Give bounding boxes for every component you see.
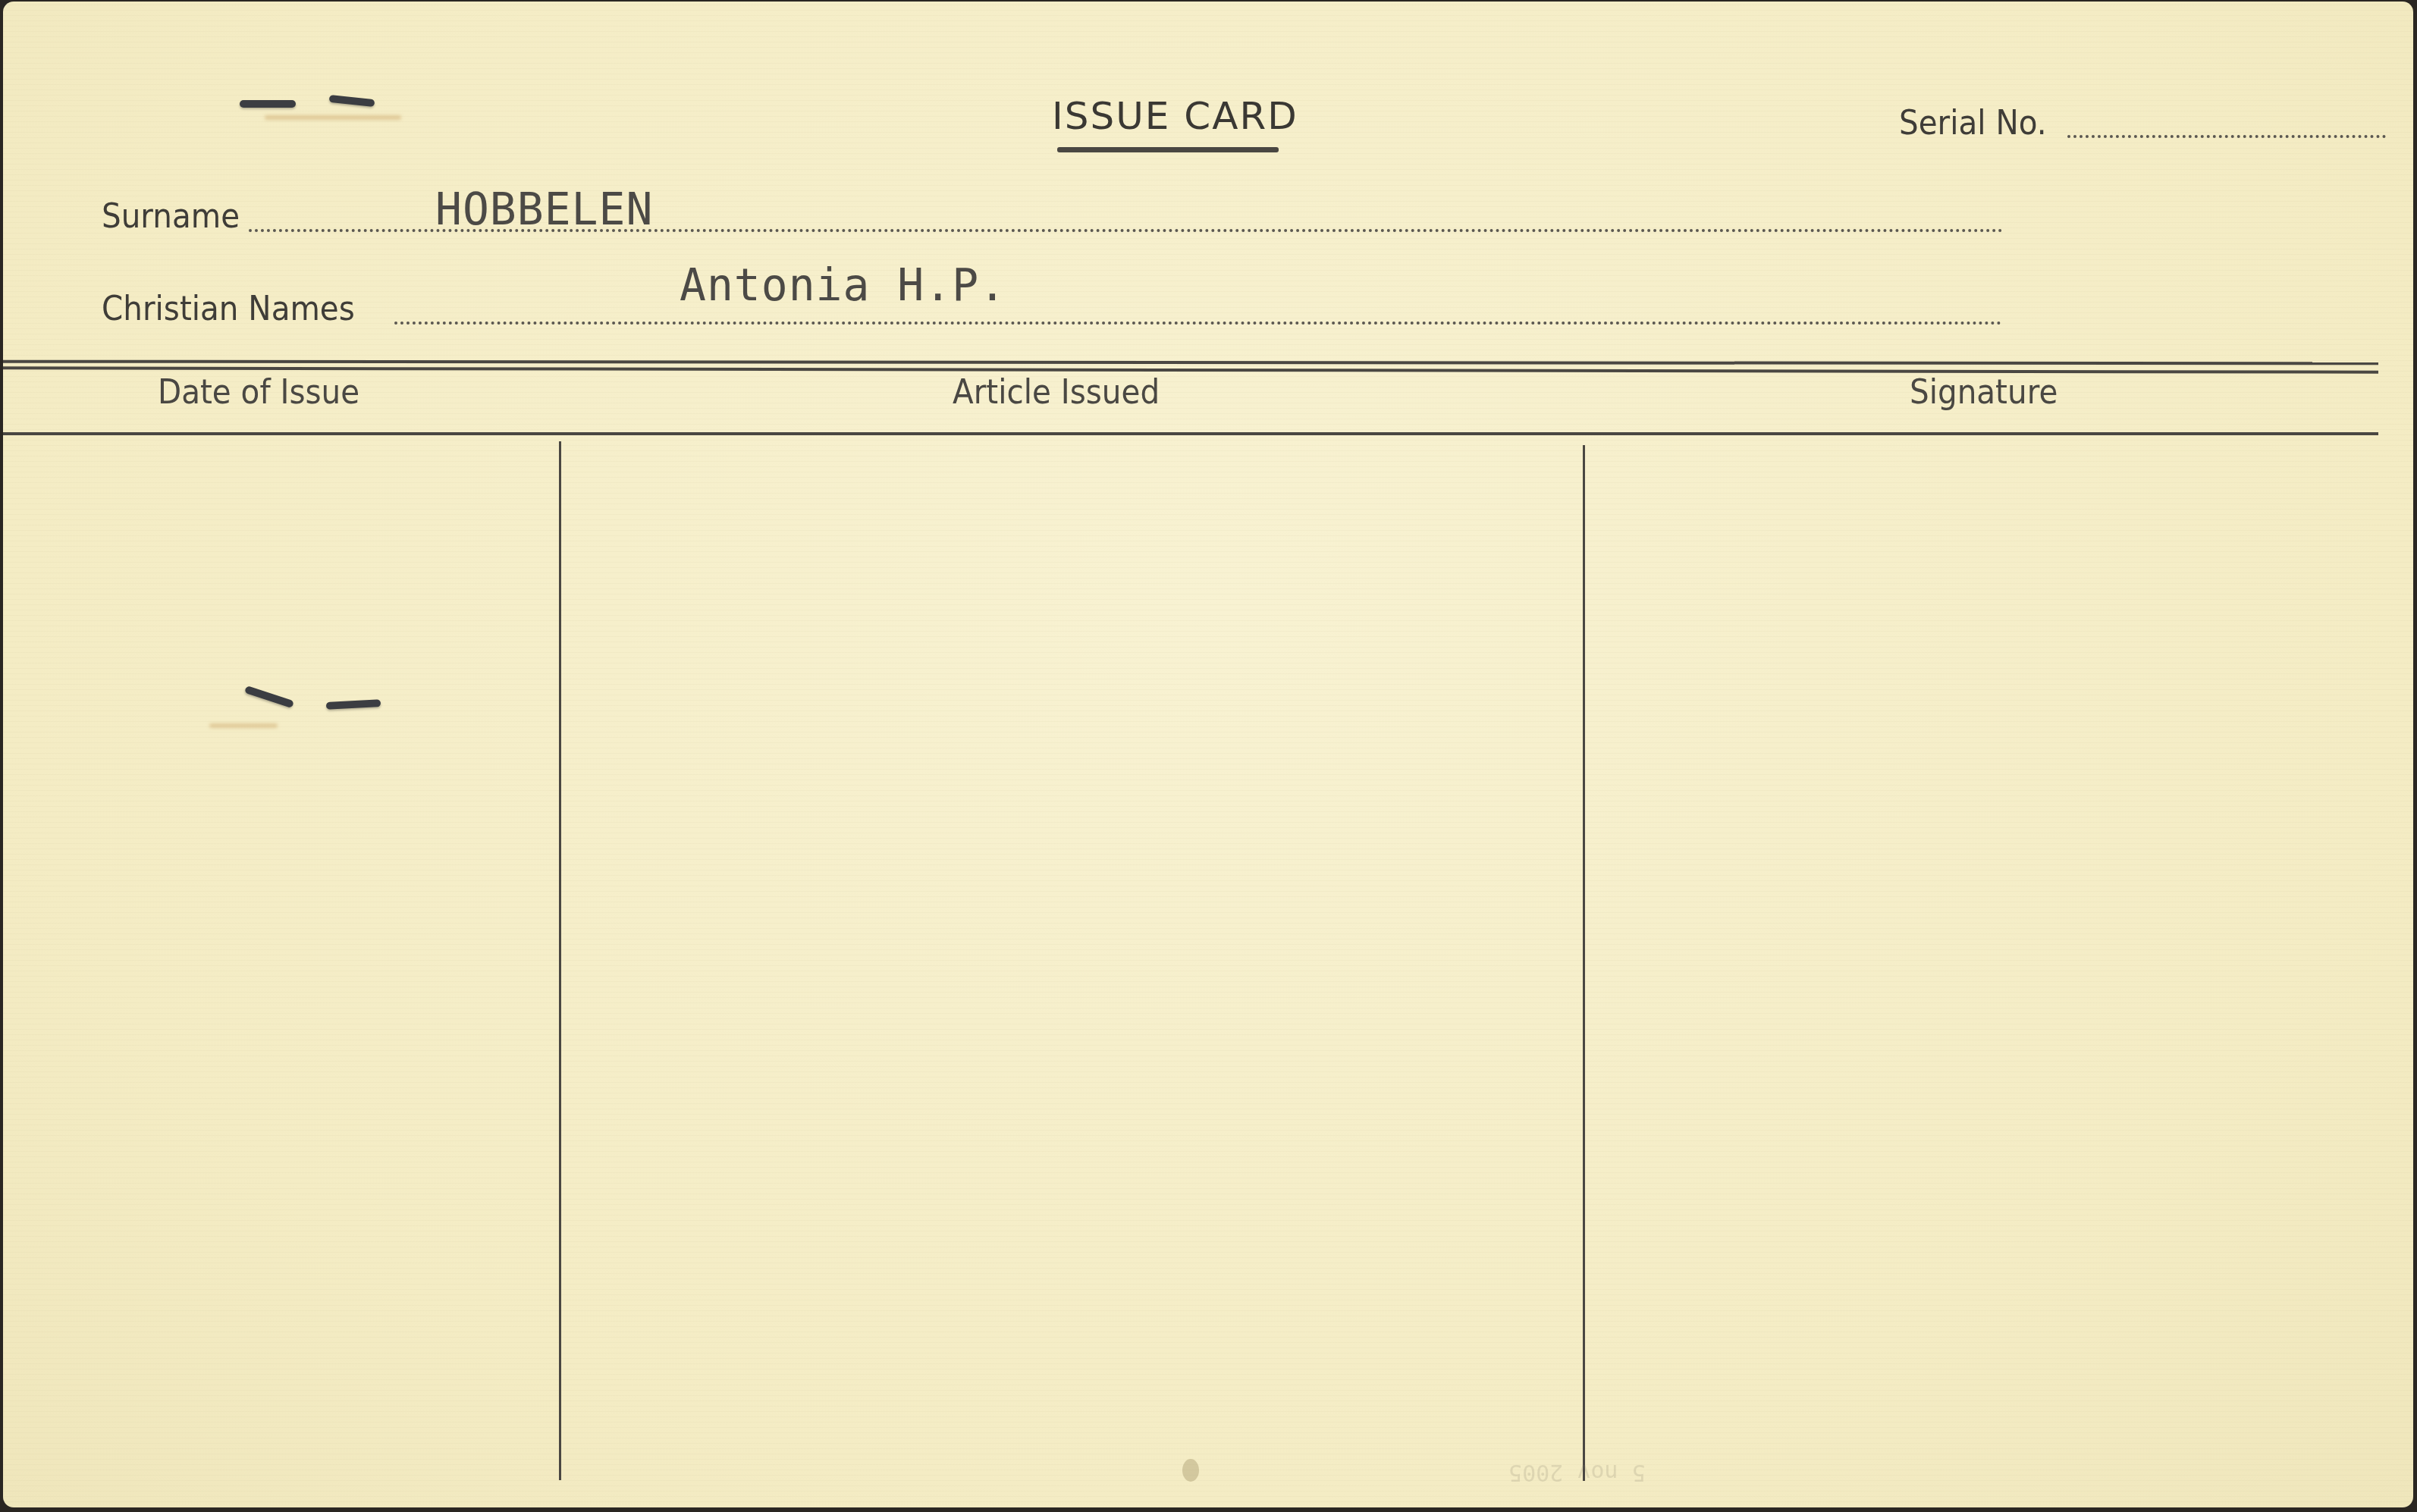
header-rule-top [3,360,2378,365]
column-divider-1 [559,441,561,1480]
title-underline [1057,147,1279,152]
serial-number-field[interactable] [2067,135,2386,138]
surname-label: Surname [102,197,240,236]
christian-names-value[interactable]: Antonia H.P. [680,259,1006,311]
issue-card: ISSUE CARD Serial No. Surname HOBBELEN C… [3,2,2413,1507]
staple-mark-top-right [329,95,375,107]
christian-names-label: Christian Names [102,290,355,328]
signature-column-body[interactable] [1587,438,2379,1484]
christian-names-field-line [394,322,2002,325]
serial-number-label: Serial No. [1899,104,2047,143]
column-header-signature: Signature [1910,373,2058,412]
staple-mark-top-left [240,100,296,108]
rust-stain-middle [209,723,278,728]
date-of-issue-column-body[interactable] [3,438,557,1484]
article-issued-column-body[interactable] [563,438,1580,1484]
column-header-date-of-issue: Date of Issue [158,373,359,412]
rust-stain-top [265,115,401,120]
surname-value[interactable]: HOBBELEN [435,184,653,235]
faint-stamp: 5 nov 2005 [1508,1459,1646,1485]
column-header-rule [3,432,2378,435]
card-title: ISSUE CARD [1052,94,1298,138]
stain-spot [1182,1459,1199,1482]
column-divider-2 [1583,445,1585,1481]
column-header-article-issued: Article Issued [953,373,1160,412]
